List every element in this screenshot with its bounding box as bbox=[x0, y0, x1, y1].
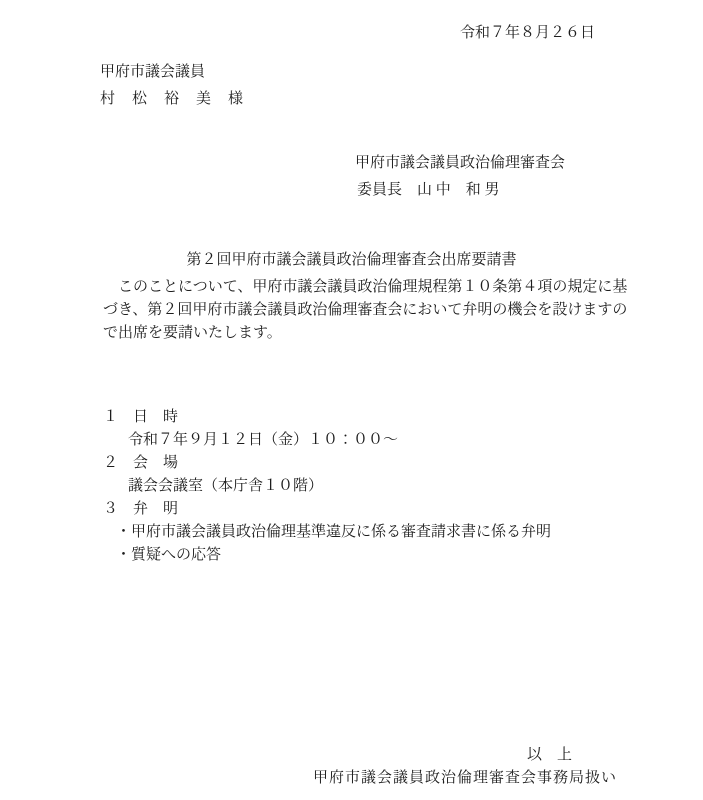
document-page: 令和７年８月２６日 甲府市議会議員 村 松 裕 美 様 甲府市議会議員政治倫理審… bbox=[0, 0, 703, 800]
sender-organization: 甲府市議会議員政治倫理審査会 bbox=[355, 152, 565, 175]
body-line-1: このことについて、甲府市議会議員政治倫理規程第１０条第４項の規定に基 bbox=[103, 276, 627, 299]
item-3-detail-bullet-2: ・質疑への応答 bbox=[116, 544, 551, 567]
body-line-2: づき、第２回甲府市議会議員政治倫理審査会において弁明の機会を設けますの bbox=[103, 299, 627, 322]
footer-office-note: 甲府市議会議員政治倫理審査会事務局扱い bbox=[313, 767, 617, 790]
item-1-heading-date-time: １ 日 時 bbox=[103, 406, 551, 429]
item-2-heading-venue: ２ 会 場 bbox=[103, 452, 551, 475]
recipient-name: 村 松 裕 美 様 bbox=[100, 88, 244, 111]
item-1-detail-datetime-value: 令和７年９月１２日（金）１０：００～ bbox=[128, 429, 551, 452]
recipient-organization: 甲府市議会議員 bbox=[100, 61, 205, 84]
document-title: 第２回甲府市議会議員政治倫理審査会出席要請書 bbox=[0, 249, 703, 272]
document-date: 令和７年８月２６日 bbox=[460, 22, 595, 45]
item-2-detail-venue-value: 議会会議室（本庁舎１０階） bbox=[128, 475, 551, 498]
sender-chairperson: 委員長 山 中 和 男 bbox=[357, 179, 500, 202]
item-3-heading-explanation: ３ 弁 明 bbox=[103, 498, 551, 521]
closing-phrase: 以 上 bbox=[527, 744, 572, 767]
item-3-detail-bullet-1: ・甲府市議会議員政治倫理基準違反に係る審査請求書に係る弁明 bbox=[116, 521, 551, 544]
body-paragraph: このことについて、甲府市議会議員政治倫理規程第１０条第４項の規定に基 づき、第２… bbox=[103, 276, 627, 345]
agenda-list: １ 日 時 令和７年９月１２日（金）１０：００～ ２ 会 場 議会会議室（本庁舎… bbox=[103, 406, 551, 567]
body-line-3: で出席を要請いたします。 bbox=[103, 322, 627, 345]
